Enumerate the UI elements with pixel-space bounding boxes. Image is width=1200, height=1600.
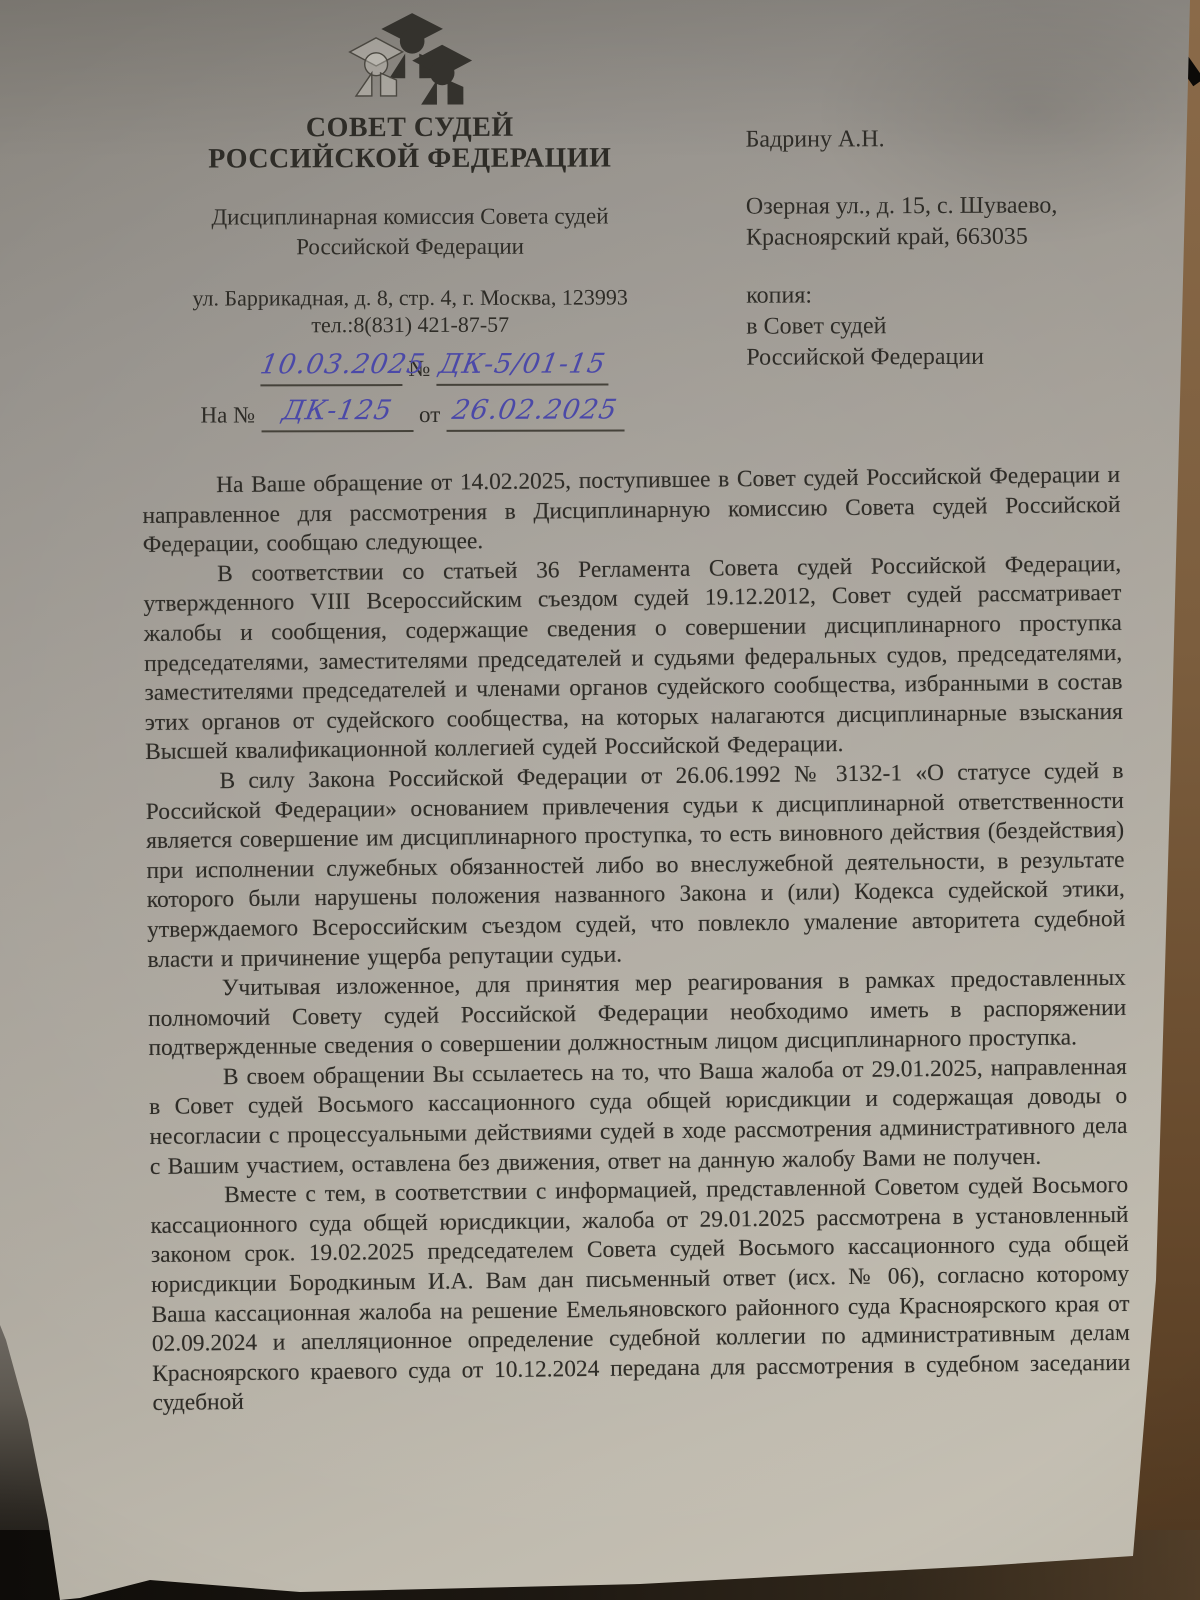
org-address: ул. Баррикадная, д. 8, стр. 4, г. Москва…	[160, 283, 660, 311]
reply-label: На №	[200, 398, 255, 432]
incoming-reference-row: На №ДК-125от26.02.2025	[160, 393, 660, 432]
copy-to-line1: в Совет судей	[746, 310, 1126, 342]
letter-body: На Ваше обращение от 14.02.2025, поступи…	[142, 461, 1131, 1419]
department-line1: Дисциплинарная комиссия Совета судей	[160, 201, 660, 232]
outgoing-reference-row: 10.03.2025№ДК-5/01-15	[160, 347, 660, 386]
incoming-date-handwritten: 26.02.2025	[450, 393, 620, 427]
outgoing-date-line: 10.03.2025	[260, 348, 402, 386]
org-name-line1: СОВЕТ СУДЕЙ	[160, 111, 660, 143]
letter-paragraph: В соответствии со статьей 36 Регламента …	[143, 550, 1123, 768]
addressee-address-line1: Озерная ул., д. 15, с. Шуваево,	[746, 190, 1126, 222]
council-of-judges-emblem-icon	[343, 6, 475, 110]
letter-paragraph: Вместе с тем, в соответствии с информаци…	[150, 1171, 1131, 1419]
outgoing-number-handwritten: ДК-5/01-15	[436, 347, 608, 381]
photographed-letter: СОВЕТ СУДЕЙ РОССИЙСКОЙ ФЕДЕРАЦИИ Дисципл…	[0, 0, 1200, 1600]
copy-to-line2: Российской Федерации	[746, 341, 1126, 373]
letter-paragraph: На Ваше обращение от 14.02.2025, поступи…	[142, 461, 1121, 561]
addressee-block: Бадрину А.Н. Озерная ул., д. 15, с. Шува…	[746, 123, 1127, 373]
letter-page: СОВЕТ СУДЕЙ РОССИЙСКОЙ ФЕДЕРАЦИИ Дисципл…	[0, 0, 1200, 1600]
copy-label: копия:	[746, 279, 1126, 311]
org-name-line2: РОССИЙСКОЙ ФЕДЕРАЦИИ	[160, 142, 660, 174]
letter-paragraph: В своем обращении Вы ссылаетесь на то, ч…	[149, 1053, 1128, 1182]
letter-paragraph: В силу Закона Российской Федерации от 26…	[145, 757, 1125, 975]
department-line2: Российской Федерации	[160, 231, 660, 262]
addressee-name: Бадрину А.Н.	[746, 123, 1126, 155]
incoming-date-line: 26.02.2025	[446, 393, 624, 431]
org-phone: тел.:8(831) 421-87-57	[160, 310, 660, 338]
outgoing-number-line: ДК-5/01-15	[436, 347, 608, 385]
incoming-number-handwritten: ДК-125	[279, 394, 394, 428]
outgoing-date-handwritten: 10.03.2025	[257, 348, 427, 382]
letterhead: СОВЕТ СУДЕЙ РОССИЙСКОЙ ФЕДЕРАЦИИ Дисципл…	[159, 5, 660, 432]
addressee-address-line2: Красноярский край, 663035	[746, 221, 1126, 253]
reply-from-label: от	[419, 398, 440, 432]
letter-paragraph: Учитывая изложенное, для принятия мер ре…	[148, 964, 1127, 1064]
incoming-number-line: ДК-125	[261, 394, 413, 432]
